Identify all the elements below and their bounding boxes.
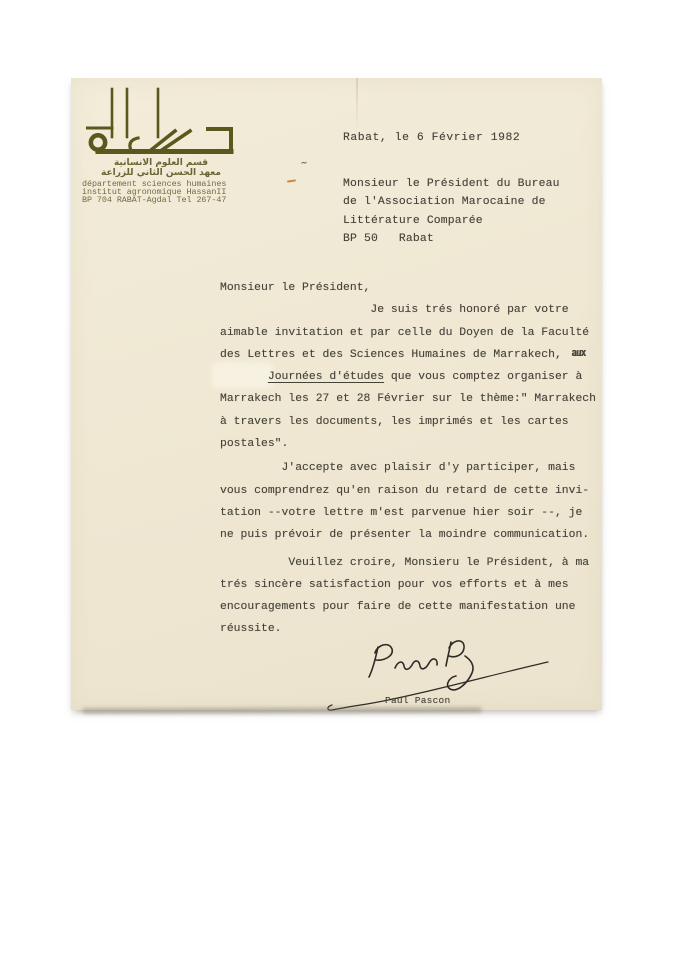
date-line: Rabat, le 6 Février 1982 [343, 132, 520, 144]
letter-line: postales". [220, 433, 620, 455]
letter-line: encouragements pour faire de cette manif… [220, 596, 620, 618]
paper-stain [287, 179, 296, 183]
recipient-line: de l'Association Marocaine de [343, 193, 560, 211]
scan-edge-shadow [82, 707, 482, 713]
letter-line: des Lettres et des Sciences Humaines de … [220, 344, 620, 366]
letter-line: Je suis trés honoré par votre [220, 299, 620, 321]
scan-canvas: { "page": { "background_color": "#ffffff… [0, 0, 679, 960]
recipient-line: Littérature Comparée [343, 212, 560, 230]
para-closing: Veuillez croire, Monsieru le Président, … [220, 552, 620, 641]
logo-qaf-bowl [91, 135, 105, 149]
letter-line: Monsieur le Président, [220, 277, 620, 299]
text-segment: réussite. [220, 623, 282, 635]
letter-line: trés sincère satisfaction pour vos effor… [220, 574, 620, 596]
recipient-block: Monsieur le Président du Bureaude l'Asso… [343, 175, 560, 248]
text-segment: encouragements pour faire de cette manif… [220, 601, 575, 613]
text-segment: ne puis prévoir de présenter la moindre … [220, 529, 589, 541]
salutation: Monsieur le Président, [220, 277, 620, 299]
letter-line: Veuillez croire, Monsieru le Président, … [220, 552, 620, 574]
para-invitation: Je suis trés honoré par votreaimable inv… [220, 299, 620, 455]
signature-stroke [446, 642, 451, 666]
letterhead-arabic-line: معهد الحسن الثاني للزراعة [81, 169, 241, 179]
text-segment: Marrakech les 27 et 28 Février sur le th… [220, 393, 596, 405]
letter-page: قسم العلوم الانسانيةمعهد الحسن الثاني لل… [71, 78, 602, 710]
text-segment: que vous comptez organiser à [384, 371, 582, 383]
letter-line: Marrakech les 27 et 28 Février sur le th… [220, 388, 620, 410]
logo-diagonal [162, 131, 190, 150]
text-segment: des Lettres et des Sciences Humaines de … [220, 349, 569, 361]
typed-signature-name: Paul Pascon [385, 695, 450, 706]
letterhead-dept-lines: département sciences humainesinstitut ag… [82, 180, 226, 204]
letter-line: tation --votre lettre m'est parvenue hie… [220, 502, 620, 524]
letterhead-logo [86, 84, 234, 160]
text-segment: Veuillez croire, Monsieru le Président, … [220, 557, 589, 569]
signature-stroke [369, 647, 378, 677]
text-segment-underline: Journées d'études [268, 371, 384, 383]
stray-pen-mark: ∼ [300, 158, 307, 171]
letter-line: vous comprendrez qu'en raison du retard … [220, 480, 620, 502]
paper-crease [356, 78, 358, 133]
signature-stroke [395, 659, 437, 669]
text-segment: à travers les documents, les imprimés et… [220, 416, 569, 428]
recipient-line: BP 50 Rabat [343, 230, 560, 248]
para-accept: J'accepte avec plaisir d'y participer, m… [220, 457, 620, 546]
letter-line: Journées d'études que vous comptez organ… [220, 366, 620, 388]
text-segment: vous comprendrez qu'en raison du retard … [220, 485, 589, 497]
letter-line: ne puis prévoir de présenter la moindre … [220, 524, 620, 546]
text-segment: postales". [220, 438, 288, 450]
text-segment: trés sincère satisfaction pour vos effor… [220, 579, 569, 591]
letter-line: à travers les documents, les imprimés et… [220, 411, 620, 433]
letterhead-arabic-lines: قسم العلوم الانسانيةمعهد الحسن الثاني لل… [81, 159, 241, 178]
letter-line: aimable invitation et par celle du Doyen… [220, 322, 620, 344]
letterhead-dept-line: BP 704 RABAT-Agdal Tel 267-47 [82, 196, 226, 204]
text-segment-overtyped: aux [571, 343, 585, 365]
letter-body: Monsieur le Président, Je suis trés hono… [220, 277, 620, 641]
signature-stroke [448, 656, 474, 690]
text-segment: Monsieur le Président, [220, 282, 370, 294]
text-segment: tation --votre lettre m'est parvenue hie… [220, 507, 582, 519]
letter-line: J'accepte avec plaisir d'y participer, m… [220, 457, 620, 479]
text-segment: aimable invitation et par celle du Doyen… [220, 327, 589, 339]
text-segment: J'accepte avec plaisir d'y participer, m… [220, 462, 575, 474]
text-segment [220, 371, 268, 383]
logo-kaf-corner [208, 129, 231, 150]
text-segment: Je suis trés honoré par votre [220, 304, 569, 316]
recipient-line: Monsieur le Président du Bureau [343, 175, 560, 193]
